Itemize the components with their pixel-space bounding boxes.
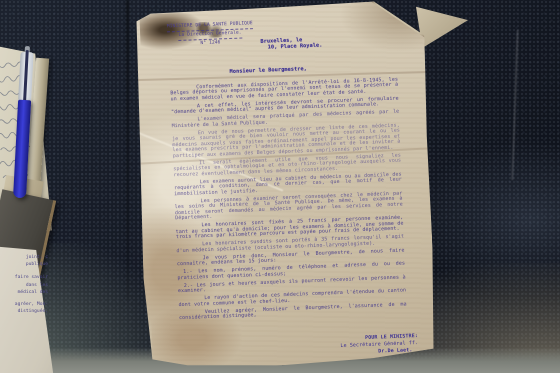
fragment-line: joint, c [0,254,48,261]
fragment-line: médical des [0,289,48,296]
dateline: Bruxelles, le 10, Place Royale. [260,36,322,51]
letter-body: Conformément aux dispositions de l'Arrêt… [170,78,407,325]
fragment-line: publique [0,261,48,268]
reference-number: N° 1246 [200,40,220,46]
typewritten-letter: MINISTERE DE LA SANTE PUBLIQUE La Direct… [133,0,437,370]
fragment-line: faire savoir [0,274,48,281]
photo-scene: joint, c publique faire savoir dans les … [0,0,560,373]
fragment-line: dans les [0,282,48,289]
letterhead: MINISTERE DE LA SANTE PUBLIQUE La Direct… [156,21,265,49]
fragment-line: agréer, Mon- [0,301,48,308]
department-name: La Direction Générale. [179,31,242,41]
fragment-line: distinguée, [0,308,48,315]
fragment-text: joint, c publique faire savoir dans les … [0,254,52,315]
